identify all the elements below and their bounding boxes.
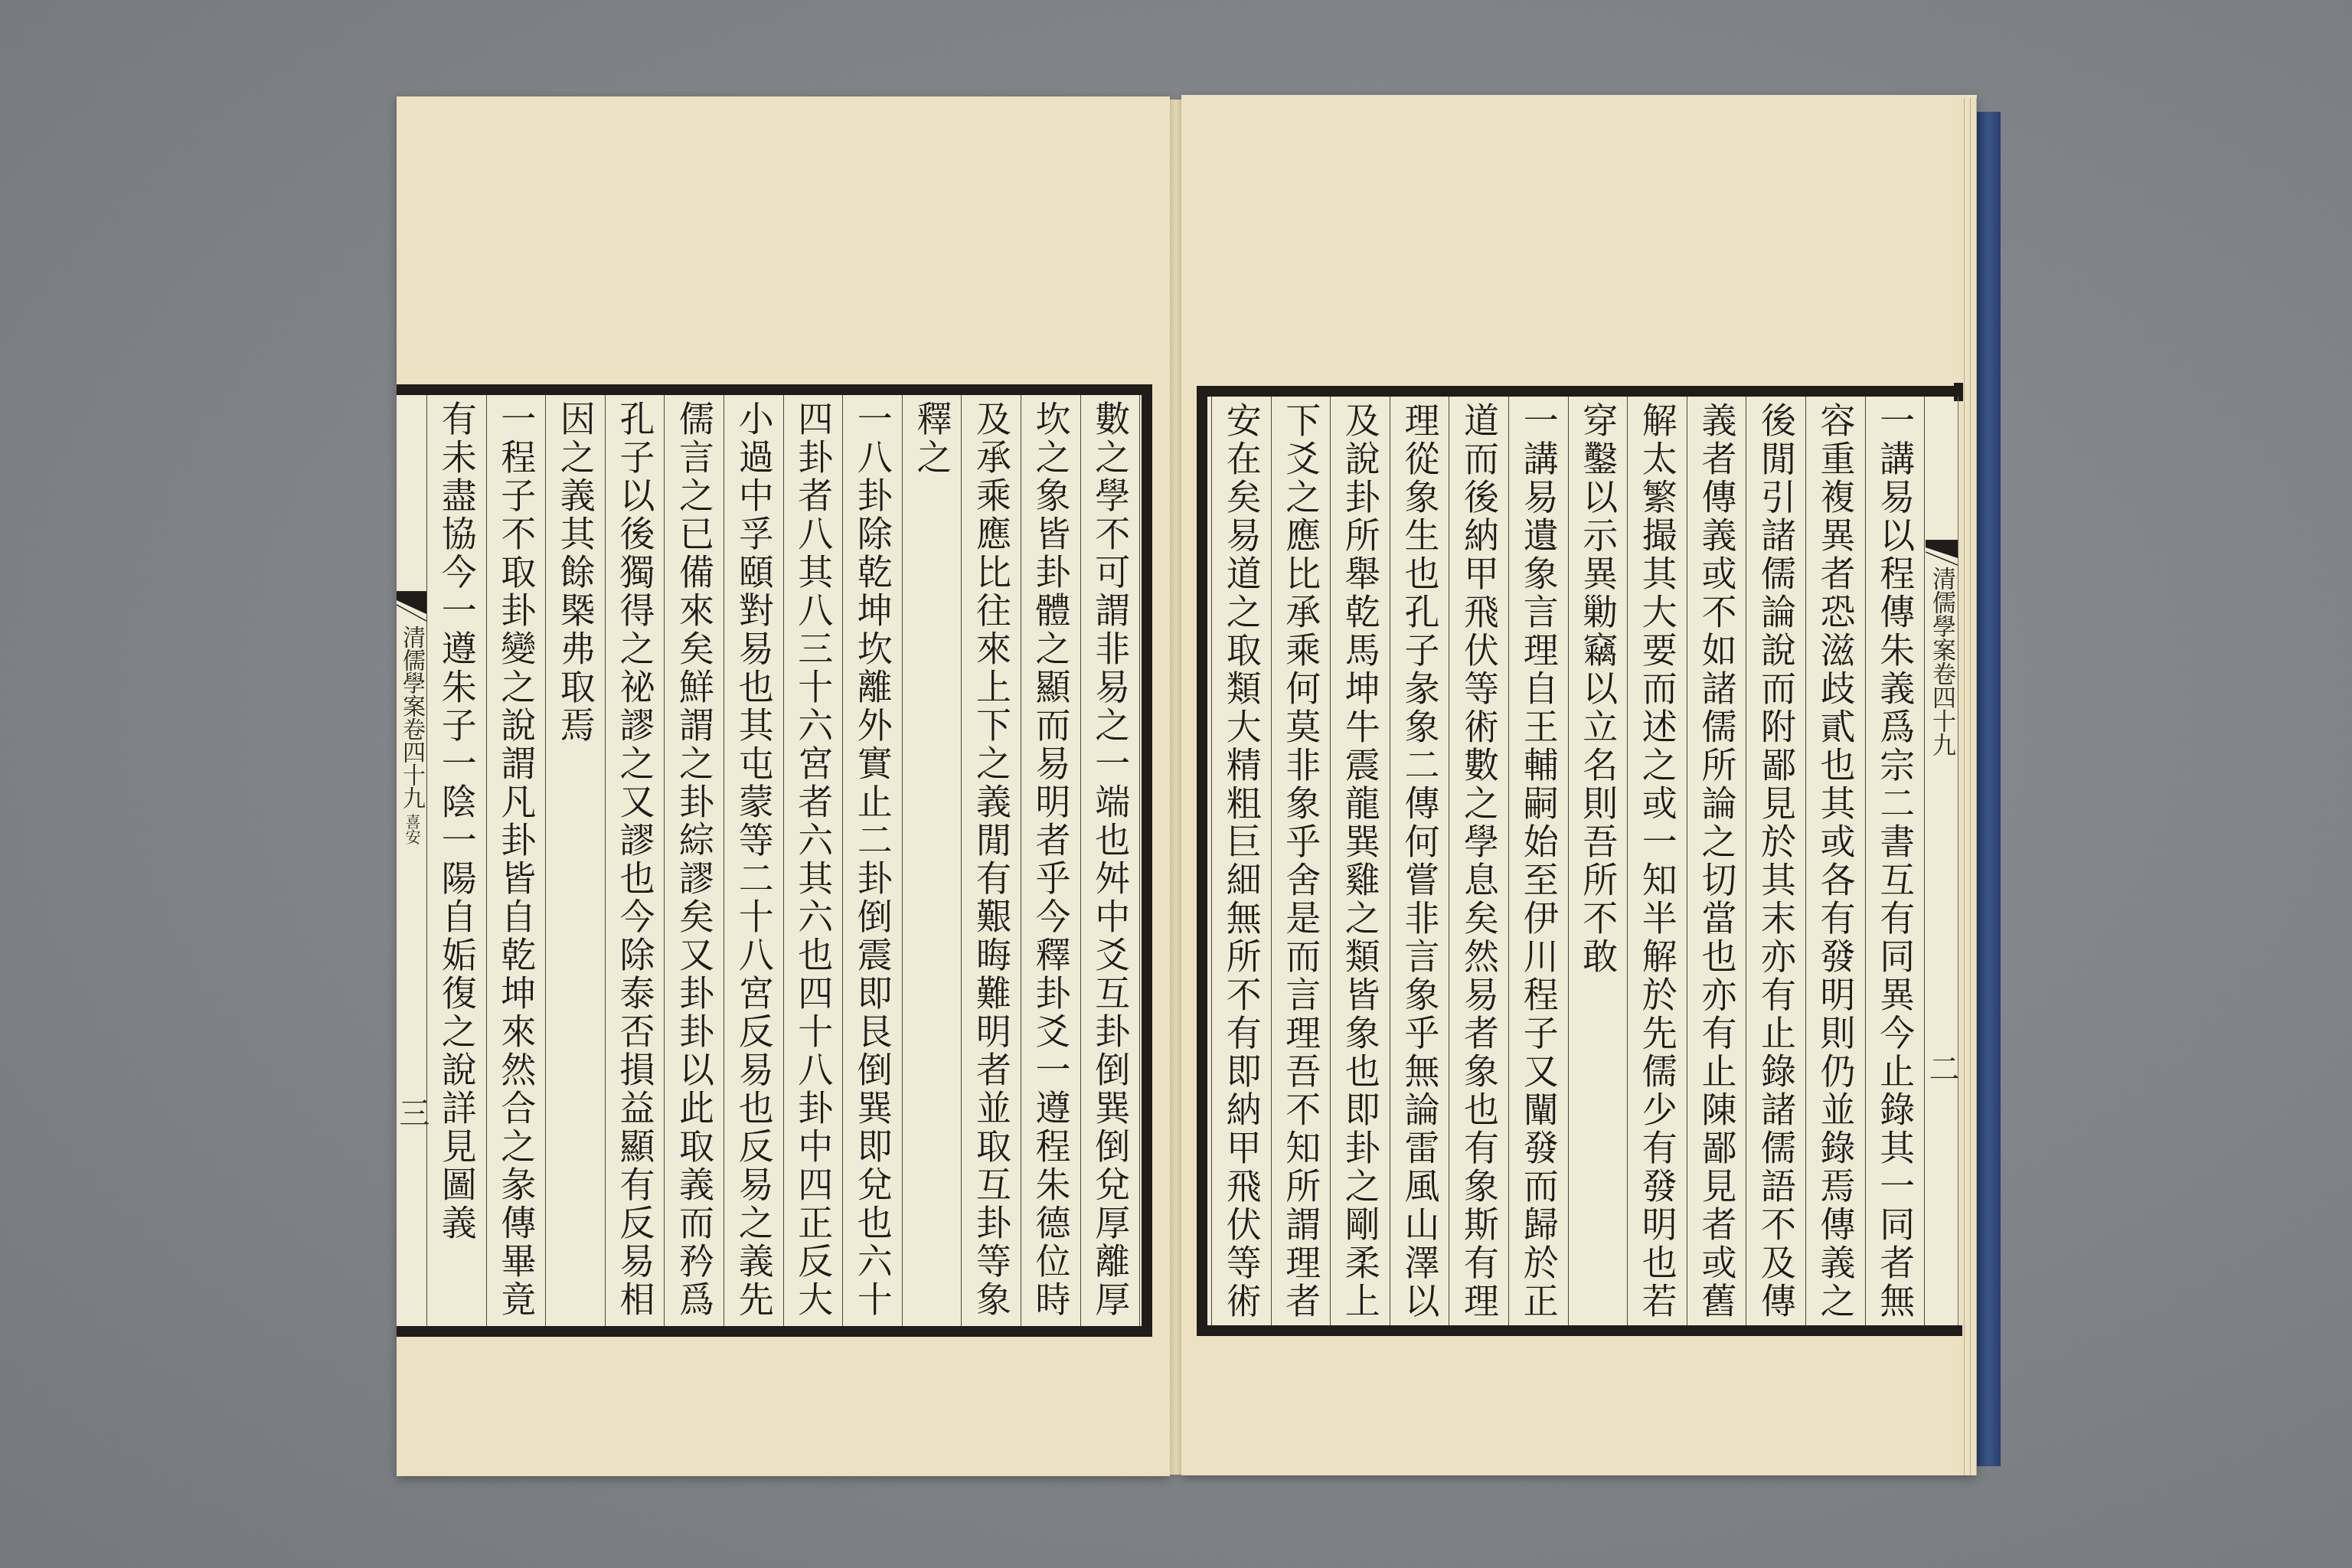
fishtail-mark-icon xyxy=(1926,540,1958,566)
text-column: 釋之 xyxy=(902,395,962,1326)
right-frame-outer-border xyxy=(1197,386,1207,1336)
text-column: 一講易以程傳朱義爲宗二書互有同異今止錄其一同者無 xyxy=(1865,397,1925,1325)
text-column: 因之義其餘槩弗取焉 xyxy=(545,395,605,1326)
text-column: 孔子以後獨得之祕謬之又謬也今除泰否損益顯有反易相 xyxy=(605,395,665,1326)
left-frame-outer-border xyxy=(1142,384,1152,1337)
right-frame-bottom-rule xyxy=(1197,1325,1962,1336)
text-column: 一八卦除乾坤坎離外實止二卦倒震即艮倒巽即兌也六十 xyxy=(842,395,902,1326)
text-column: 安在矣易道之取類大精粗巨細無所不有即納甲飛伏等術 xyxy=(1211,397,1271,1325)
text-column: 坎之象皆卦體之顯而易明者乎今釋卦爻一遵程朱德位時 xyxy=(1021,395,1080,1326)
text-column: 數之學不可謂非易之一端也舛中爻互卦倒巽倒兌厚離厚 xyxy=(1080,395,1140,1326)
text-column: 解太繁撮其大要而述之或一知半解於先儒少有發明也若 xyxy=(1627,397,1687,1325)
text-column: 有未盡協今一遵朱子一陰一陽自姤復之說詳見圖義 xyxy=(426,395,486,1326)
text-column: 穿鑿以示異勦竊以立名則吾所不敢 xyxy=(1568,397,1628,1325)
fold-subtitle: 喜安 xyxy=(397,814,426,844)
text-column: 及承乘應比往來上下之義閒有艱晦難明者並取互卦等象 xyxy=(961,395,1021,1326)
page-number: 二 xyxy=(1926,1053,1958,1083)
page-number: 三 xyxy=(397,1097,426,1128)
text-column: 後閒引諸儒論說而附鄙見於其末亦有止錄諸儒語不及傳 xyxy=(1746,397,1805,1325)
text-column: 下爻之應比承乘何莫非象乎舍是而言理吾不知所謂理者 xyxy=(1271,397,1331,1325)
text-column: 四卦者八其八三十六宮者六其六也四十八卦中四正反大 xyxy=(783,395,843,1326)
spine-gutter xyxy=(1170,100,1181,1475)
right-text-columns: 一講易以程傳朱義爲宗二書互有同異今止錄其一同者無 容重複異者恐滋歧貳也其或各有發… xyxy=(1211,397,1925,1325)
text-column: 道而後納甲飛伏等術數之學息矣然易者象也有象斯有理 xyxy=(1449,397,1508,1325)
left-fold-column: 清儒學案卷四十九 喜安 三 xyxy=(397,395,426,1326)
page-stack-edges xyxy=(1958,98,1977,1475)
right-frame-top-rule xyxy=(1197,386,1962,397)
fold-title: 清儒學案卷四十九 xyxy=(397,626,426,809)
text-column: 儒言之已備來矣鮮謂之卦綜謬矣又卦卦以此取義而矜爲 xyxy=(664,395,724,1326)
text-column: 小過中孚頤對易也其屯蒙等二十八宮反易也反易之義先 xyxy=(724,395,783,1326)
blue-cover xyxy=(1977,112,2001,1466)
left-text-columns: 數之學不可謂非易之一端也舛中爻互卦倒巽倒兌厚離厚 坎之象皆卦體之顯而易明者乎今釋… xyxy=(426,395,1140,1326)
text-column: 義者傳義或不如諸儒所論之切當也亦有止陳鄙見者或舊 xyxy=(1687,397,1746,1325)
text-column: 理從象生也孔子彖象二傳何嘗非言象乎無論雷風山澤以 xyxy=(1390,397,1449,1325)
text-column: 容重複異者恐滋歧貳也其或各有發明則仍並錄焉傳義之 xyxy=(1805,397,1865,1325)
text-column: 及說卦所舉乾馬坤牛震龍巽雞之類皆象也即卦之剛柔上 xyxy=(1330,397,1390,1325)
text-column: 一程子不取卦變之說謂凡卦皆自乾坤來然合之彖傳畢竟 xyxy=(486,395,546,1326)
left-frame-top-rule xyxy=(397,384,1152,395)
right-fold-column: 清儒學案卷四十九 二 xyxy=(1926,397,1958,1325)
fold-title: 清儒學案卷四十九 xyxy=(1926,567,1958,756)
fishtail-mark-icon xyxy=(397,591,426,622)
left-frame-bottom-rule xyxy=(397,1326,1152,1337)
text-column: 一講易遺象言理自王輔嗣始至伊川程子又闡發而歸於正 xyxy=(1508,397,1568,1325)
